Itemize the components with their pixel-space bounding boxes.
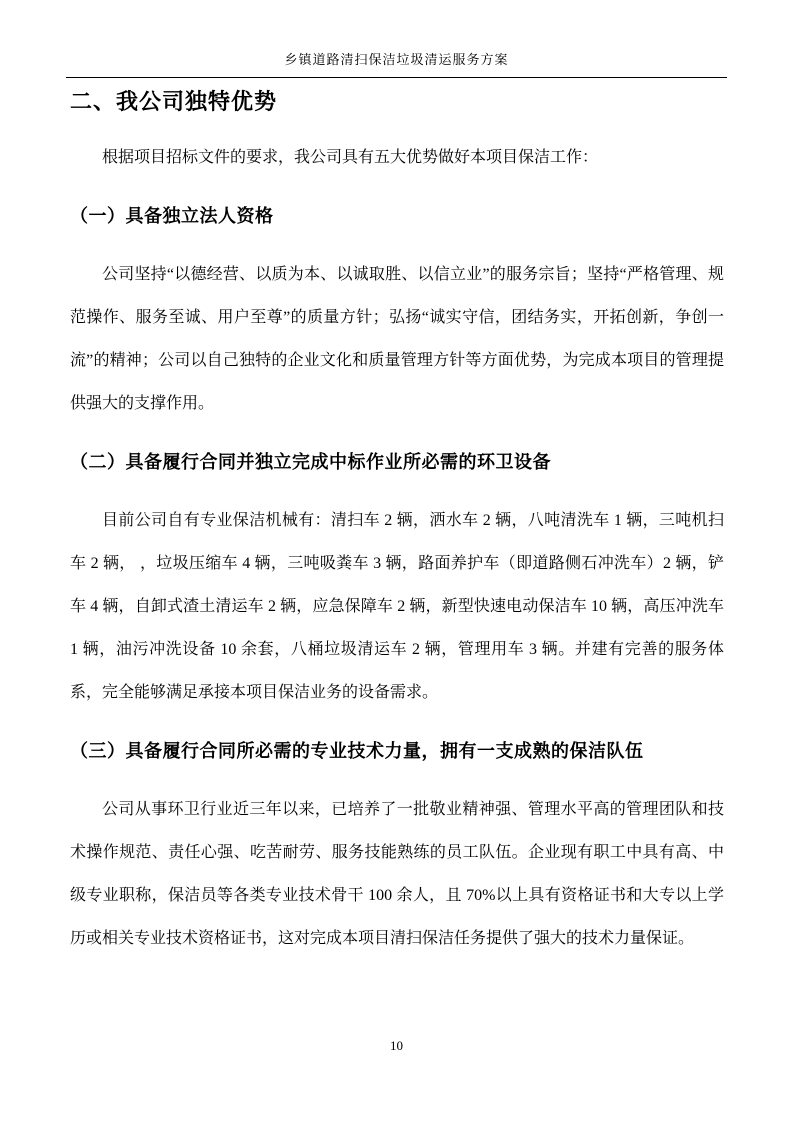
intro-paragraph: 根据项目招标文件的要求，我公司具有五大优势做好本项目保洁工作： <box>70 136 724 179</box>
main-title: 二、我公司独特优势 <box>70 88 724 116</box>
document-page: 乡镇道路清扫保洁垃圾清运服务方案 二、我公司独特优势 根据项目招标文件的要求，我… <box>0 0 793 1122</box>
section-3-body: 公司从事环卫行业近三年以来，已培养了一批敬业精神强、管理水平高的管理团队和技术操… <box>70 788 724 960</box>
section-3-heading: （三）具备履行合同所必需的专业技术力量，拥有一支成熟的保洁队伍 <box>70 738 724 764</box>
page-number: 10 <box>390 1038 403 1053</box>
page-header: 乡镇道路清扫保洁垃圾清运服务方案 <box>66 52 727 78</box>
document-content: 二、我公司独特优势 根据项目招标文件的要求，我公司具有五大优势做好本项目保洁工作… <box>70 88 724 960</box>
header-title: 乡镇道路清扫保洁垃圾清运服务方案 <box>284 52 508 67</box>
section-2-heading: （二）具备履行合同并独立完成中标作业所必需的环卫设备 <box>70 449 724 475</box>
section-1-heading: （一）具备独立法人资格 <box>70 203 724 229</box>
section-1-body: 公司坚持“以德经营、以质为本、以诚取胜、以信立业”的服务宗旨；坚持“严格管理、规… <box>70 253 724 425</box>
page-footer: 10 <box>0 1038 793 1054</box>
section-2-body: 目前公司自有专业保洁机械有：清扫车 2 辆，洒水车 2 辆，八吨清洗车 1 辆，… <box>70 499 724 714</box>
